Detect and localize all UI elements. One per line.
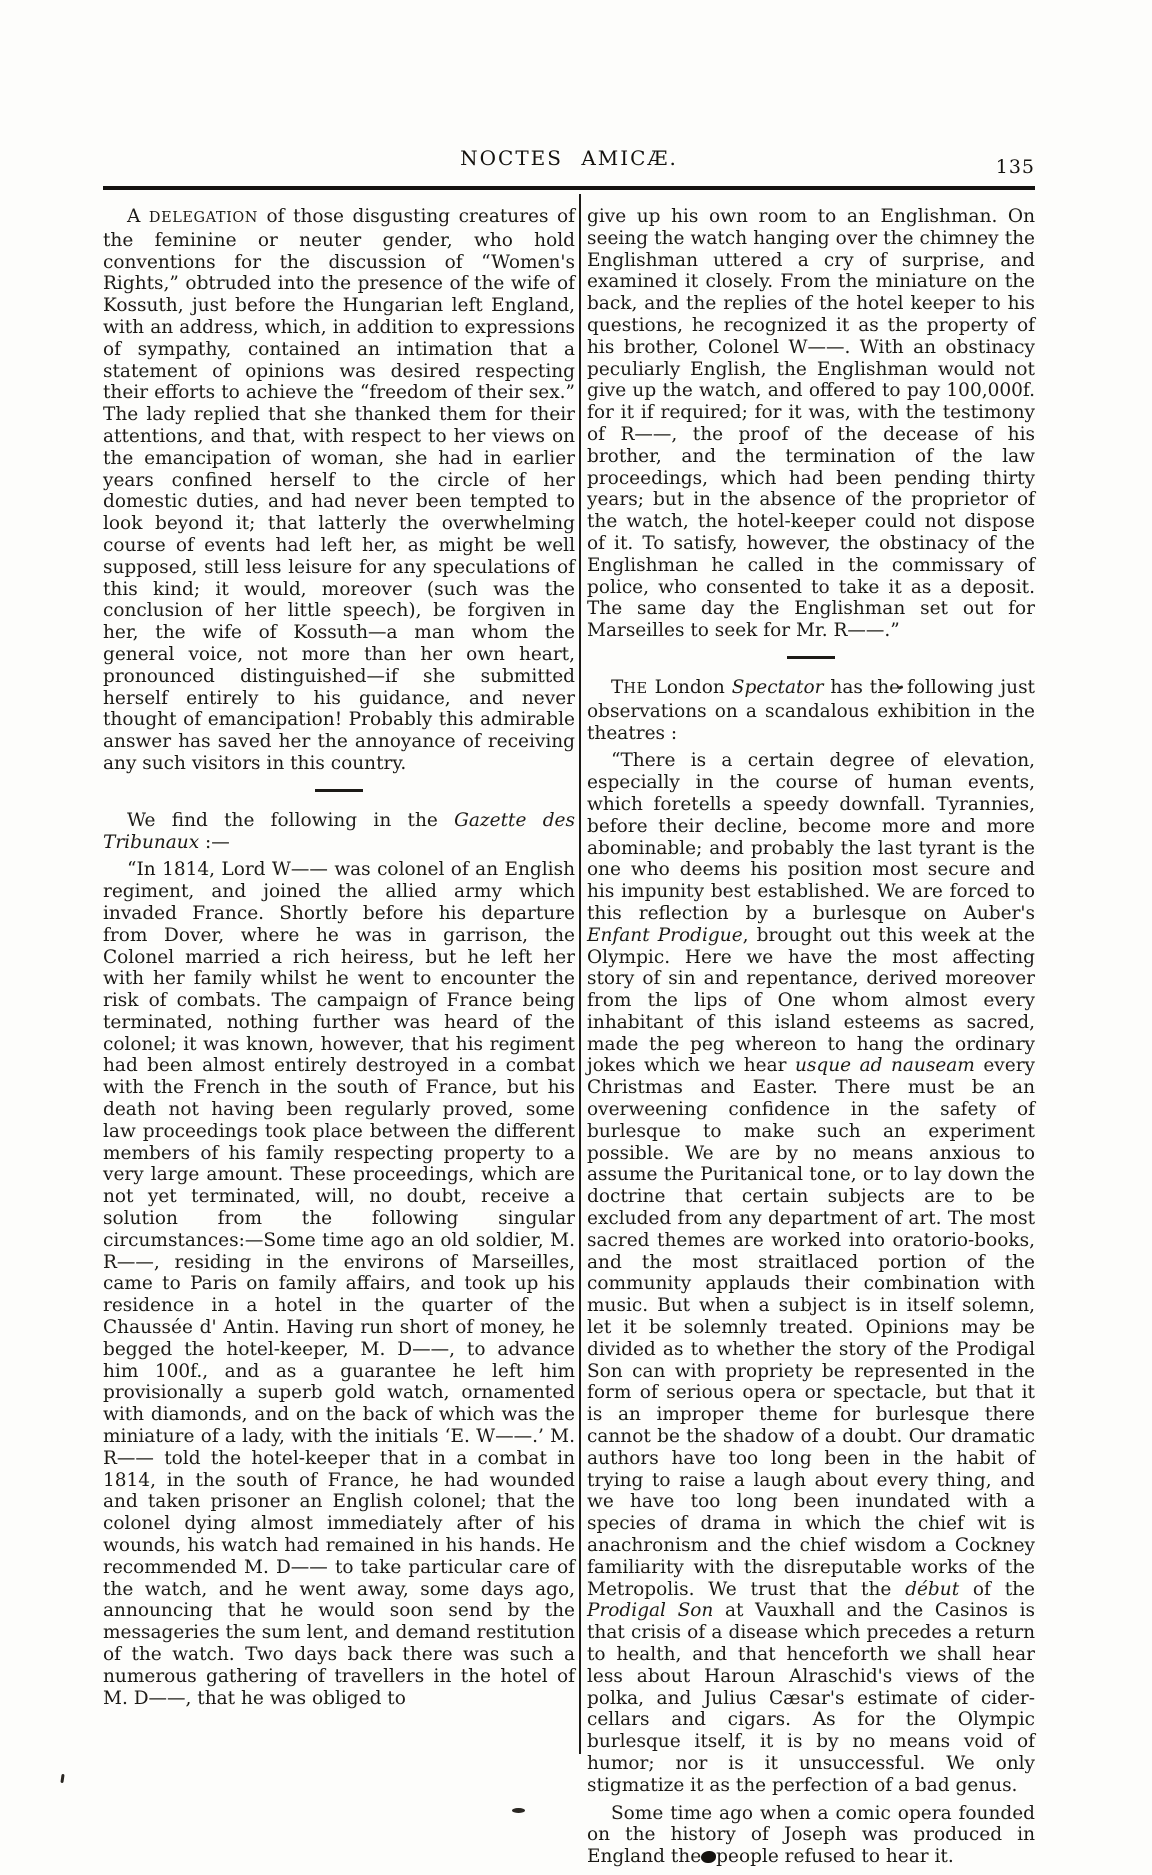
scanned-page: NOCTES AMICÆ. 135 A delegation of those …	[0, 0, 1152, 1875]
header-rule	[103, 186, 1035, 190]
text-run: of the	[959, 1579, 1035, 1600]
text-run: delegation	[149, 210, 258, 226]
gazette-intro: We find the following in the Gazette des…	[103, 810, 575, 854]
text-run: :—	[199, 832, 230, 853]
text-run: he	[623, 681, 647, 697]
text-run: London	[648, 677, 732, 698]
text-run: We find the following in the	[127, 810, 454, 831]
text-run: usque ad nauseam	[795, 1055, 975, 1076]
page-number: 135	[103, 156, 1035, 178]
text-run: Enfant Prodigue	[587, 925, 743, 946]
column-divider-rule	[579, 194, 581, 1754]
ink-blot-icon	[701, 1851, 716, 1863]
right-column: give up his own room to an Englishman. O…	[587, 206, 1035, 1874]
text-run: Prodigal Son	[587, 1600, 713, 1621]
text-run: people refused to hear it.	[716, 1846, 954, 1867]
text-run: Spectator	[732, 677, 824, 698]
text-run: of those disgusting creatures of the fem…	[103, 206, 575, 774]
text-run: “There is a certain degree of elevation,…	[587, 750, 1035, 924]
joseph-note: Some time ago when a comic opera founded…	[587, 1803, 1035, 1868]
text-run: at Vauxhall and the Casinos is that cris…	[587, 1600, 1035, 1795]
section-divider	[315, 789, 363, 792]
text-run: “In 1814, Lord W—— was colonel of an Eng…	[103, 859, 575, 1708]
text-run: give up his own room to an Englishman. O…	[587, 206, 1035, 641]
gazette-quote-part-2: give up his own room to an Englishman. O…	[587, 206, 1035, 642]
delegation-article: A delegation of those disgusting creatur…	[103, 206, 575, 775]
section-divider	[787, 656, 835, 659]
gazette-quote-part-1: “In 1814, Lord W—— was colonel of an Eng…	[103, 859, 575, 1709]
spectator-intro: The London Spectator has the following j…	[587, 677, 1035, 744]
text-run: , brought out this week at the Olympic. …	[587, 925, 1035, 1077]
spectator-quote: “There is a certain degree of elevation,…	[587, 750, 1035, 1796]
stray-mark	[60, 1774, 64, 1783]
text-run: A	[127, 206, 149, 227]
text-run: every Christmas and Easter. There must b…	[587, 1055, 1035, 1599]
left-column: A delegation of those disgusting creatur…	[103, 206, 575, 1715]
text-run: T	[611, 677, 623, 698]
stray-mark	[512, 1808, 525, 1813]
text-run: début	[905, 1579, 959, 1600]
